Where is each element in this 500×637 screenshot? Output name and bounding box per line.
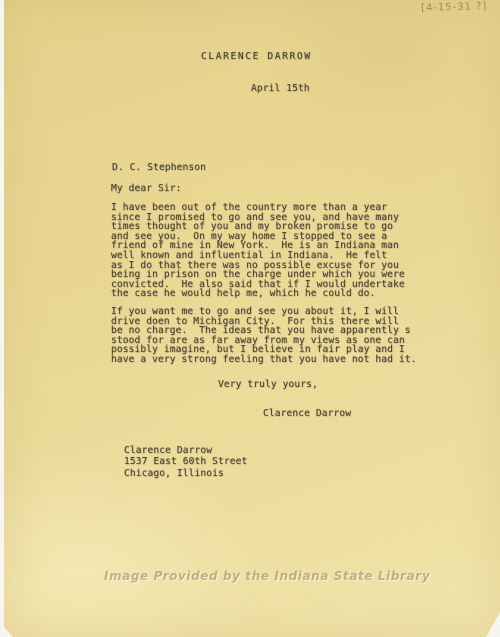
scanned-letter: [4-15-31 ?] CLARENCE DARROW April 15th D… [0, 0, 500, 637]
body-paragraph-1: I have been out of the country more than… [111, 203, 405, 299]
letterhead-name: CLARENCE DARROW [201, 52, 312, 62]
text-line: have a very strong feeling that you have… [111, 355, 417, 365]
text-line: the case he would help me, which he coul… [111, 289, 405, 299]
letter-date: April 15th [251, 84, 310, 94]
salutation: My dear Sir: [111, 184, 182, 194]
recipient-name: D. C. Stephenson [112, 163, 206, 173]
sender-address-block: Clarence Darrow1537 East 60th StreetChic… [124, 445, 247, 479]
text-line: 1537 East 60th Street [124, 456, 247, 467]
body-paragraph-2: If you want me to go and see you about i… [111, 307, 417, 365]
signature-name: Clarence Darrow [263, 409, 351, 419]
text-line: Clarence Darrow [124, 445, 247, 456]
text-line: Chicago, Illinois [124, 468, 247, 479]
library-watermark: Image Provided by the Indiana State Libr… [104, 569, 404, 583]
letter-paper: [4-15-31 ?] CLARENCE DARROW April 15th D… [4, 0, 500, 637]
valediction: Very truly yours, [218, 380, 318, 390]
pencil-date-annotation: [4-15-31 ?] [421, 1, 488, 14]
